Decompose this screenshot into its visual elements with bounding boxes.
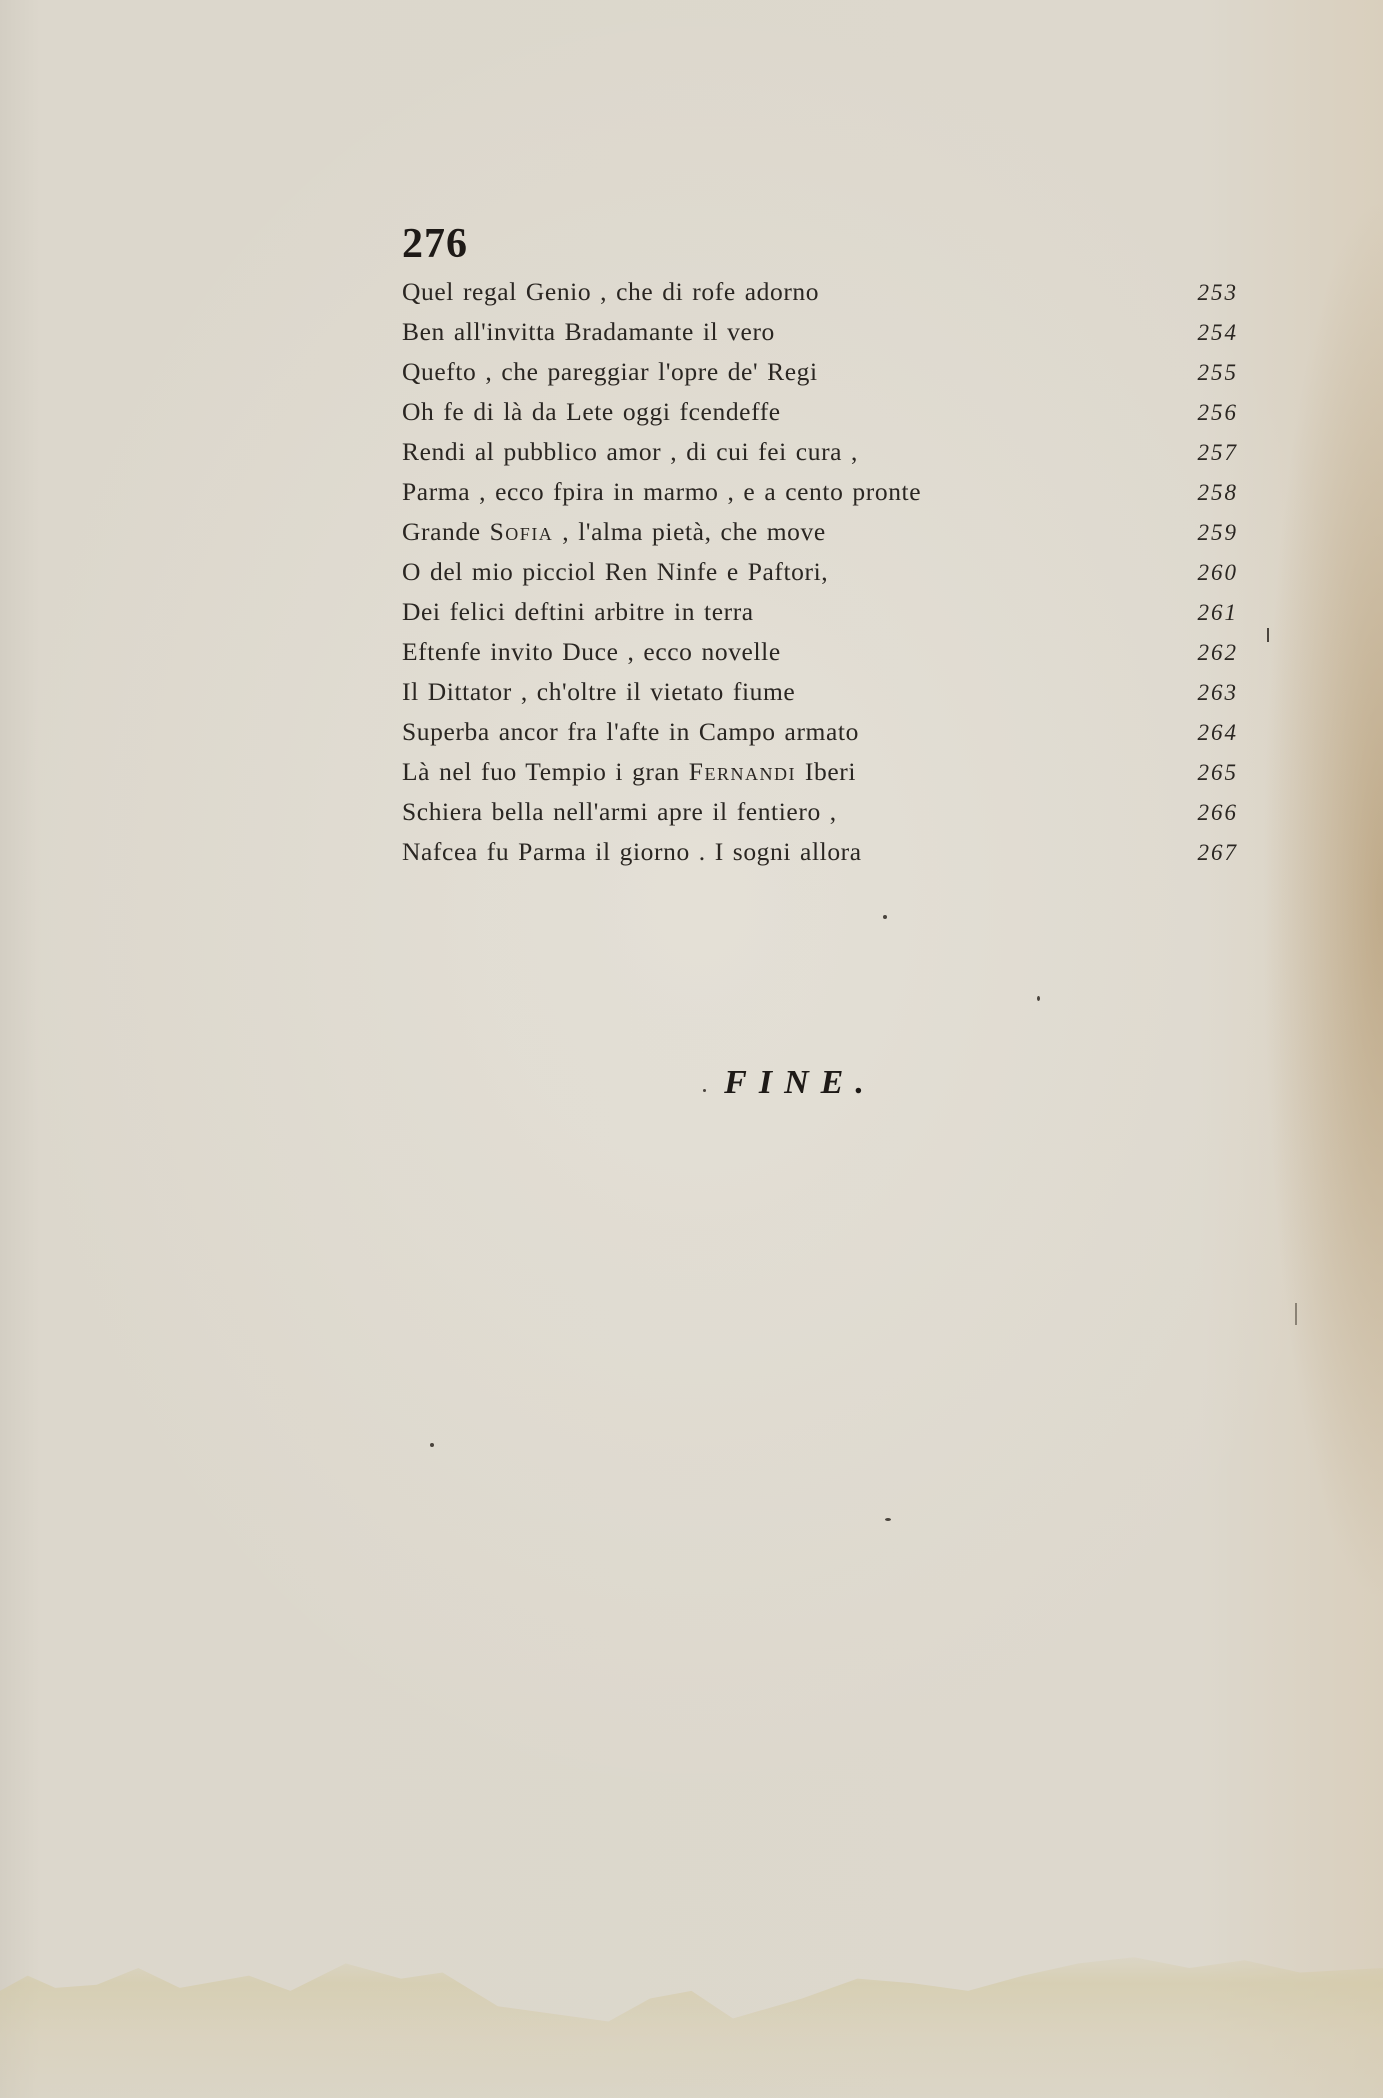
index-page-number: 258 <box>1168 473 1238 513</box>
index-row: Dei felici deftini arbitre in terra 261 <box>402 592 1238 632</box>
book-page: 276 Quel regal Genio , che di rofe adorn… <box>0 0 1383 2098</box>
index-first-line: Rendi al pubblico amor , di cui fei cura… <box>402 432 858 472</box>
index-first-line: Eftenfe invito Duce , ecco novelle <box>402 632 781 672</box>
text-fragment: , l'alma pietà, che move <box>553 517 825 546</box>
ink-mark <box>1267 628 1269 642</box>
index-row: Quefto , che pareggiar l'opre de' Regi 2… <box>402 352 1238 392</box>
index-page-number: 260 <box>1168 553 1238 593</box>
index-row: Rendi al pubblico amor , di cui fei cura… <box>402 432 1238 472</box>
index-row: O del mio picciol Ren Ninfe e Paftori, 2… <box>402 552 1238 592</box>
index-row: Oh fe di là da Lete oggi fcendeffe 256 <box>402 392 1238 432</box>
end-mark: FINE. <box>700 1064 900 1102</box>
ink-speck <box>1037 996 1040 1001</box>
index-row: Schiera bella nell'armi apre il fentiero… <box>402 792 1238 832</box>
index-first-line: O del mio picciol Ren Ninfe e Paftori, <box>402 552 828 592</box>
index-first-line: Oh fe di là da Lete oggi fcendeffe <box>402 392 781 432</box>
index-first-line: Ben all'invitta Bradamante il vero <box>402 312 775 352</box>
index-row: Ben all'invitta Bradamante il vero 254 <box>402 312 1238 352</box>
water-stain <box>0 1945 1383 2098</box>
index-first-line: Dei felici deftini arbitre in terra <box>402 592 754 632</box>
index-page-number: 261 <box>1168 593 1238 633</box>
index-first-line: Nafcea fu Parma il giorno . I sogni allo… <box>402 832 862 872</box>
index-page-number: 262 <box>1168 633 1238 673</box>
index-first-line: Quel regal Genio , che di rofe adorno <box>402 272 819 312</box>
index-row: Nafcea fu Parma il giorno . I sogni allo… <box>402 832 1238 872</box>
ink-speck <box>885 1518 891 1521</box>
index-page-number: 265 <box>1168 753 1238 793</box>
index-list: Quel regal Genio , che di rofe adorno 25… <box>402 272 1238 872</box>
index-first-line: Parma , ecco fpira in marmo , e a cento … <box>402 472 921 512</box>
index-page-number: 266 <box>1168 793 1238 833</box>
index-page-number: 254 <box>1168 313 1238 353</box>
index-page-number: 264 <box>1168 713 1238 753</box>
index-row: Superba ancor fra l'afte in Campo armato… <box>402 712 1238 752</box>
ink-mark <box>1295 1303 1297 1325</box>
text-fragment: Grande <box>402 517 490 546</box>
index-row: Eftenfe invito Duce , ecco novelle 262 <box>402 632 1238 672</box>
index-row: Là nel fuo Tempio i gran Fernandi Iberi … <box>402 752 1238 792</box>
index-page-number: 259 <box>1168 513 1238 553</box>
text-fragment: Iberi <box>796 757 856 786</box>
index-page-number: 267 <box>1168 833 1238 873</box>
index-first-line: Là nel fuo Tempio i gran Fernandi Iberi <box>402 752 856 792</box>
index-first-line: Il Dittator , ch'oltre il vietato fiume <box>402 672 795 712</box>
text-fragment: Là nel fuo Tempio i gran <box>402 757 689 786</box>
ink-speck <box>430 1443 434 1447</box>
index-first-line: Superba ancor fra l'afte in Campo armato <box>402 712 859 752</box>
small-caps-name: Sofia <box>490 517 554 546</box>
index-row: Grande Sofia , l'alma pietà, che move 25… <box>402 512 1238 552</box>
index-row: Parma , ecco fpira in marmo , e a cento … <box>402 472 1238 512</box>
index-page-number: 263 <box>1168 673 1238 713</box>
index-page-number: 255 <box>1168 353 1238 393</box>
index-page-number: 256 <box>1168 393 1238 433</box>
index-row: Quel regal Genio , che di rofe adorno 25… <box>402 272 1238 312</box>
ink-speck <box>703 1089 706 1092</box>
index-page-number: 257 <box>1168 433 1238 473</box>
ink-speck <box>883 915 887 919</box>
index-first-line: Grande Sofia , l'alma pietà, che move <box>402 512 826 552</box>
index-content: 276 Quel regal Genio , che di rofe adorn… <box>402 222 1238 872</box>
small-caps-name: Fernandi <box>689 757 796 786</box>
index-page-number: 253 <box>1168 273 1238 313</box>
index-row: Il Dittator , ch'oltre il vietato fiume … <box>402 672 1238 712</box>
index-first-line: Schiera bella nell'armi apre il fentiero… <box>402 792 837 832</box>
page-number: 276 <box>402 222 1238 268</box>
index-first-line: Quefto , che pareggiar l'opre de' Regi <box>402 352 818 392</box>
